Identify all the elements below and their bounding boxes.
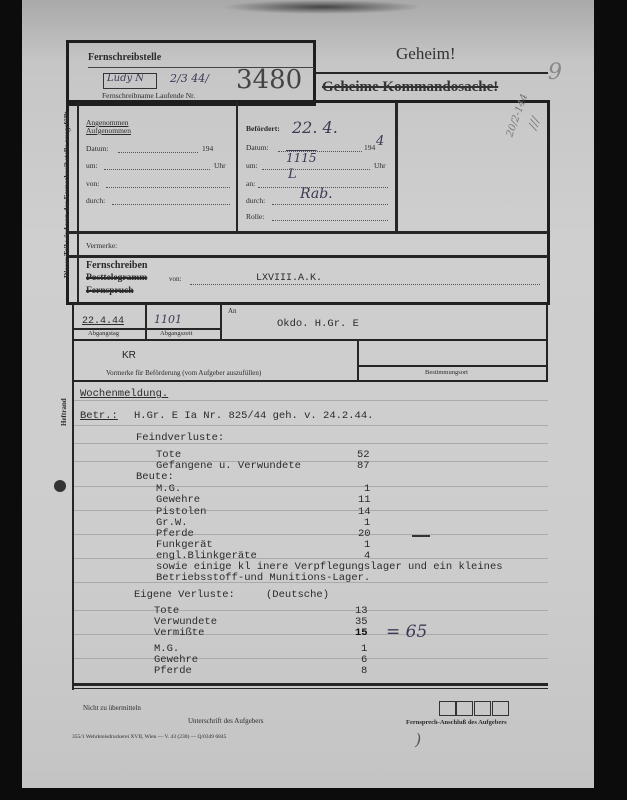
forwarded-an-label: an:	[246, 179, 255, 188]
pen-mark	[412, 535, 430, 537]
forwarded-durch-value: Rab.	[300, 186, 333, 202]
forwarded-um-label: um:	[246, 161, 258, 170]
forwarded-datum-label: Datum:	[246, 143, 269, 152]
von-field[interactable]	[190, 284, 540, 285]
own-loss-label: Vermißte	[154, 627, 204, 639]
divider	[72, 688, 548, 689]
divider	[357, 340, 359, 381]
own-heading-note: (Deutsche)	[266, 589, 329, 601]
forwarded-year-value: 4	[376, 134, 384, 149]
heftrand-label: Heftrand	[60, 384, 68, 426]
not-transmit-label: Nicht zu übermitteln	[83, 704, 141, 712]
classification-struck: Geheime Kommandosache!	[322, 79, 498, 96]
body-left-border	[72, 380, 74, 690]
received-durch-label: durch:	[86, 196, 105, 205]
vermerke-label: Vermerke:	[86, 241, 117, 250]
phone-digit-box[interactable]	[492, 701, 509, 716]
received-durch-field[interactable]	[112, 204, 230, 205]
divider	[316, 72, 548, 74]
forwarded-durch-label: durch:	[246, 196, 265, 205]
abgangszeit-value: 1101	[154, 313, 182, 326]
forwarded-datum-value: 22. 4.	[292, 118, 338, 137]
received-uhr-label: Uhr	[214, 161, 226, 170]
forwarded-um-value: 1115	[286, 151, 317, 165]
message-title: Wochenmeldung.	[80, 388, 168, 400]
betr-value: H.Gr. E Ia Nr. 825/44 geh. v. 24.2.44.	[134, 410, 373, 422]
ruled-line	[74, 558, 548, 559]
enemy-loss-label: Gefangene u. Verwundete	[156, 460, 301, 472]
forwarded-title: Befördert:	[246, 124, 280, 133]
enemy-loss-value: 87	[357, 460, 370, 472]
own-total-note: = 65	[386, 622, 427, 642]
divider	[236, 102, 238, 232]
von-label: von:	[169, 275, 181, 283]
forwarded-an-value: L	[288, 167, 297, 182]
received-year-label: 194	[202, 144, 213, 153]
booty-note-2: Betriebsstoff-und Munitions-Lager.	[156, 572, 370, 584]
side-note: Dieser Teil wird von der Fernschreibstel…	[62, 78, 71, 278]
ruled-line	[74, 610, 548, 611]
vormerke-label: Vormerke für Beförderung (vom Aufgeber a…	[106, 369, 261, 377]
forwarded-um-field[interactable]	[262, 169, 370, 170]
ruled-line	[74, 461, 548, 462]
type-posttelegramm: Posttelegramm	[86, 273, 147, 283]
running-no-value: 2/3 44/	[170, 72, 209, 85]
ruled-line	[74, 658, 548, 659]
phone-label: Fernsprech-Anschluß des Aufgebers	[406, 719, 507, 726]
von-value: LXVIII.A.K.	[256, 273, 322, 284]
margin-mark: 9	[548, 60, 562, 85]
classification: Geheim!	[396, 44, 455, 64]
received-datum-label: Datum:	[86, 144, 109, 153]
phone-digit-box[interactable]	[439, 701, 456, 716]
station-label: Fernschreibstelle	[88, 52, 161, 63]
divider	[395, 102, 398, 232]
own-heading: Eigene Verluste:	[134, 589, 235, 601]
divider	[68, 231, 548, 234]
kr-value: KR	[122, 350, 136, 361]
divider	[68, 255, 548, 258]
forwarded-durch-field[interactable]	[272, 204, 388, 205]
forwarded-year-label: 194	[364, 143, 375, 152]
ruled-line	[74, 400, 548, 401]
received-title-2: Aufgenommen	[86, 126, 131, 135]
signature-label: Unterschrift des Aufgebers	[188, 717, 263, 725]
forwarded-uhr-label: Uhr	[374, 161, 386, 170]
enemy-heading: Feindverluste:	[136, 432, 224, 444]
divider	[145, 304, 147, 340]
own-loss-value: 15	[355, 627, 368, 639]
phone-digit-box[interactable]	[456, 701, 473, 716]
ruled-line	[74, 510, 548, 511]
divider	[77, 102, 79, 303]
own-equipment-label: Pferde	[154, 665, 192, 677]
station-name-value: Ludy N	[107, 73, 144, 84]
station-name-label: Fernschreibname Laufende Nr.	[102, 91, 195, 100]
received-von-field[interactable]	[106, 187, 230, 188]
bestimmungsort-label: Bestimmungsort	[425, 369, 468, 376]
ruled-line	[74, 425, 548, 426]
received-um-field[interactable]	[104, 169, 210, 170]
abgangszeit-label: Abgangszeit	[160, 330, 193, 337]
an-label: An	[228, 307, 237, 315]
forwarded-rolle-label: Rolle:	[246, 212, 264, 221]
forwarded-rolle-field[interactable]	[272, 220, 388, 221]
abgangstag-label: Abgangstag	[88, 330, 119, 337]
booty-label: Gewehre	[156, 494, 200, 506]
ruled-line	[74, 534, 548, 535]
booty-heading: Beute:	[136, 471, 174, 483]
scan-shadow	[222, 0, 422, 14]
running-no-large: 3480	[236, 65, 302, 95]
received-um-label: um:	[86, 161, 98, 170]
phone-digit-box[interactable]	[474, 701, 491, 716]
type-fernspruch: Fernspruch	[86, 286, 134, 296]
punch-hole	[54, 480, 66, 492]
received-von-label: von:	[86, 179, 99, 188]
type-fernschreiben: Fernschreiben	[86, 260, 147, 271]
booty-value: 11	[358, 494, 371, 506]
ruled-line	[74, 486, 548, 487]
ruled-line	[74, 634, 548, 635]
abgangstag-value: 22.4.44	[82, 316, 124, 327]
divider	[220, 304, 222, 340]
betr-label: Betr.:	[80, 410, 118, 422]
received-datum-field[interactable]	[118, 152, 198, 153]
divider	[72, 683, 548, 686]
printer-line: 355/1 Wehrkreisdruckerei XVII, Wien — V.…	[72, 734, 226, 740]
own-equipment-value: 8	[361, 665, 367, 677]
divider	[358, 365, 547, 367]
an-value: Okdo. H.Gr. E	[277, 318, 359, 330]
pen-mark: )	[415, 730, 421, 749]
